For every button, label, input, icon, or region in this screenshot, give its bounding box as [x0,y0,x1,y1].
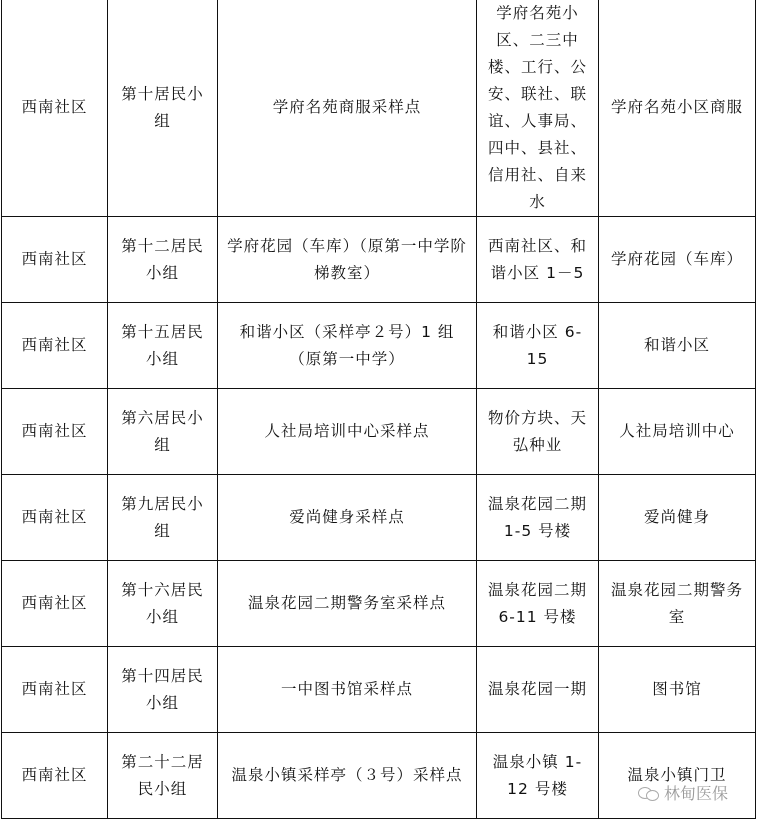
community-cell: 西南社区 [2,647,108,733]
site-cell: 爱尚健身采样点 [218,475,477,561]
community-cell: 西南社区 [2,475,108,561]
site-cell: 温泉花园二期警务室采样点 [218,561,477,647]
group-cell: 第九居民小组 [108,475,218,561]
coverage-cell: 物价方块、天弘种业 [477,389,599,475]
table-row: 西南社区 第六居民小组 人社局培训中心采样点 物价方块、天弘种业 人社局培训中心 [2,389,756,475]
coverage-cell: 学府名苑小区、二三中楼、工行、公安、联社、联谊、人事局、四中、县社、信用社、自来… [477,0,599,217]
coverage-cell: 和谐小区 6-15 [477,303,599,389]
coverage-cell: 西南社区、和谐小区 1－5 [477,217,599,303]
group-cell: 第二十二居民小组 [108,733,218,819]
group-cell: 第十五居民小组 [108,303,218,389]
table-row: 西南社区 第十居民小组 学府名苑商服采样点 学府名苑小区、二三中楼、工行、公安、… [2,0,756,217]
wechat-icon [638,785,660,801]
community-cell: 西南社区 [2,389,108,475]
group-cell: 第十四居民小组 [108,647,218,733]
community-cell: 西南社区 [2,217,108,303]
table-row: 西南社区 第九居民小组 爱尚健身采样点 温泉花园二期 1-5 号楼 爱尚健身 [2,475,756,561]
group-cell: 第十六居民小组 [108,561,218,647]
location-cell: 爱尚健身 [599,475,756,561]
location-cell: 图书馆 [599,647,756,733]
group-cell: 第六居民小组 [108,389,218,475]
table-row: 西南社区 第十五居民小组 和谐小区（采样亭２号）1 组（原第一中学） 和谐小区 … [2,303,756,389]
location-cell: 温泉花园二期警务室 [599,561,756,647]
watermark: 林甸医保 [638,781,728,804]
site-cell: 人社局培训中心采样点 [218,389,477,475]
table-row: 西南社区 第十二居民小组 学府花园（车库）（原第一中学阶梯教室） 西南社区、和谐… [2,217,756,303]
location-cell: 学府名苑小区商服 [599,0,756,217]
site-cell: 学府名苑商服采样点 [218,0,477,217]
location-cell: 人社局培训中心 [599,389,756,475]
coverage-cell: 温泉小镇 1-12 号楼 [477,733,599,819]
table-row: 西南社区 第十六居民小组 温泉花园二期警务室采样点 温泉花园二期 6-11 号楼… [2,561,756,647]
community-cell: 西南社区 [2,561,108,647]
community-cell: 西南社区 [2,0,108,217]
site-cell: 一中图书馆采样点 [218,647,477,733]
group-cell: 第十居民小组 [108,0,218,217]
site-cell: 学府花园（车库）（原第一中学阶梯教室） [218,217,477,303]
sampling-sites-table: 西南社区 第十居民小组 学府名苑商服采样点 学府名苑小区、二三中楼、工行、公安、… [1,0,756,819]
group-cell: 第十二居民小组 [108,217,218,303]
community-cell: 西南社区 [2,733,108,819]
site-cell: 温泉小镇采样亭（３号）采样点 [218,733,477,819]
table-row: 西南社区 第二十二居民小组 温泉小镇采样亭（３号）采样点 温泉小镇 1-12 号… [2,733,756,819]
coverage-cell: 温泉花园一期 [477,647,599,733]
location-cell: 温泉小镇门卫 [599,733,756,819]
table-row: 西南社区 第十四居民小组 一中图书馆采样点 温泉花园一期 图书馆 [2,647,756,733]
coverage-cell: 温泉花园二期 6-11 号楼 [477,561,599,647]
site-cell: 和谐小区（采样亭２号）1 组（原第一中学） [218,303,477,389]
location-cell: 和谐小区 [599,303,756,389]
location-cell: 学府花园（车库） [599,217,756,303]
community-cell: 西南社区 [2,303,108,389]
watermark-text: 林甸医保 [664,781,728,804]
coverage-cell: 温泉花园二期 1-5 号楼 [477,475,599,561]
